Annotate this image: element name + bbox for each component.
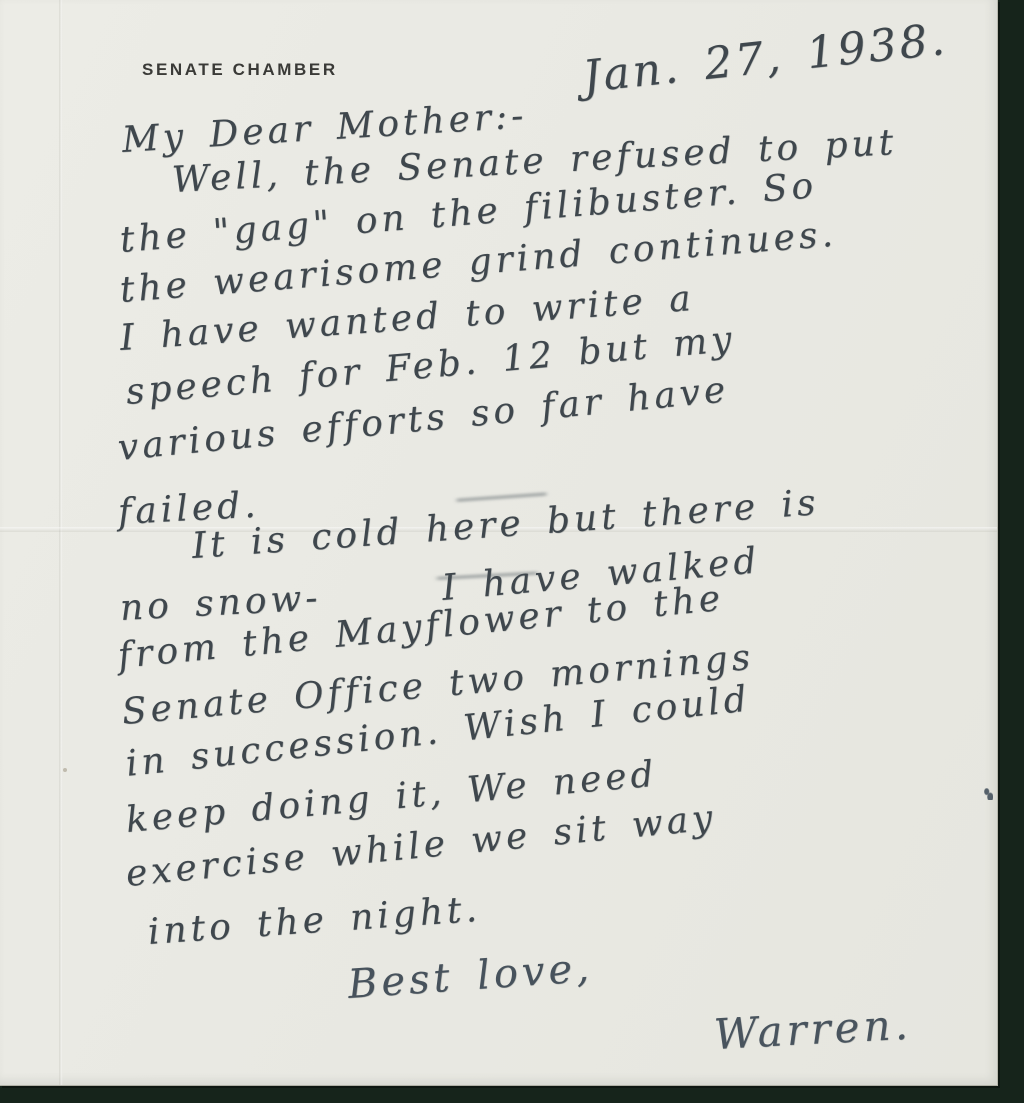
letter-paper: SENATE CHAMBER Jan. 27, 1938. My Dear Mo… (0, 0, 998, 1086)
letter-line: into the night. (147, 889, 483, 953)
letter-closing: Best love, (346, 945, 594, 1008)
letter-date: Jan. 27, 1938. (580, 14, 949, 103)
ink-speck (984, 788, 993, 800)
letterhead-text: SENATE CHAMBER (142, 60, 338, 80)
scanned-letter-page: SENATE CHAMBER Jan. 27, 1938. My Dear Mo… (0, 0, 1024, 1103)
letter-signature: Warren. (713, 1000, 913, 1059)
vertical-fold-crease (59, 0, 63, 1085)
paper-blemish (63, 768, 67, 772)
